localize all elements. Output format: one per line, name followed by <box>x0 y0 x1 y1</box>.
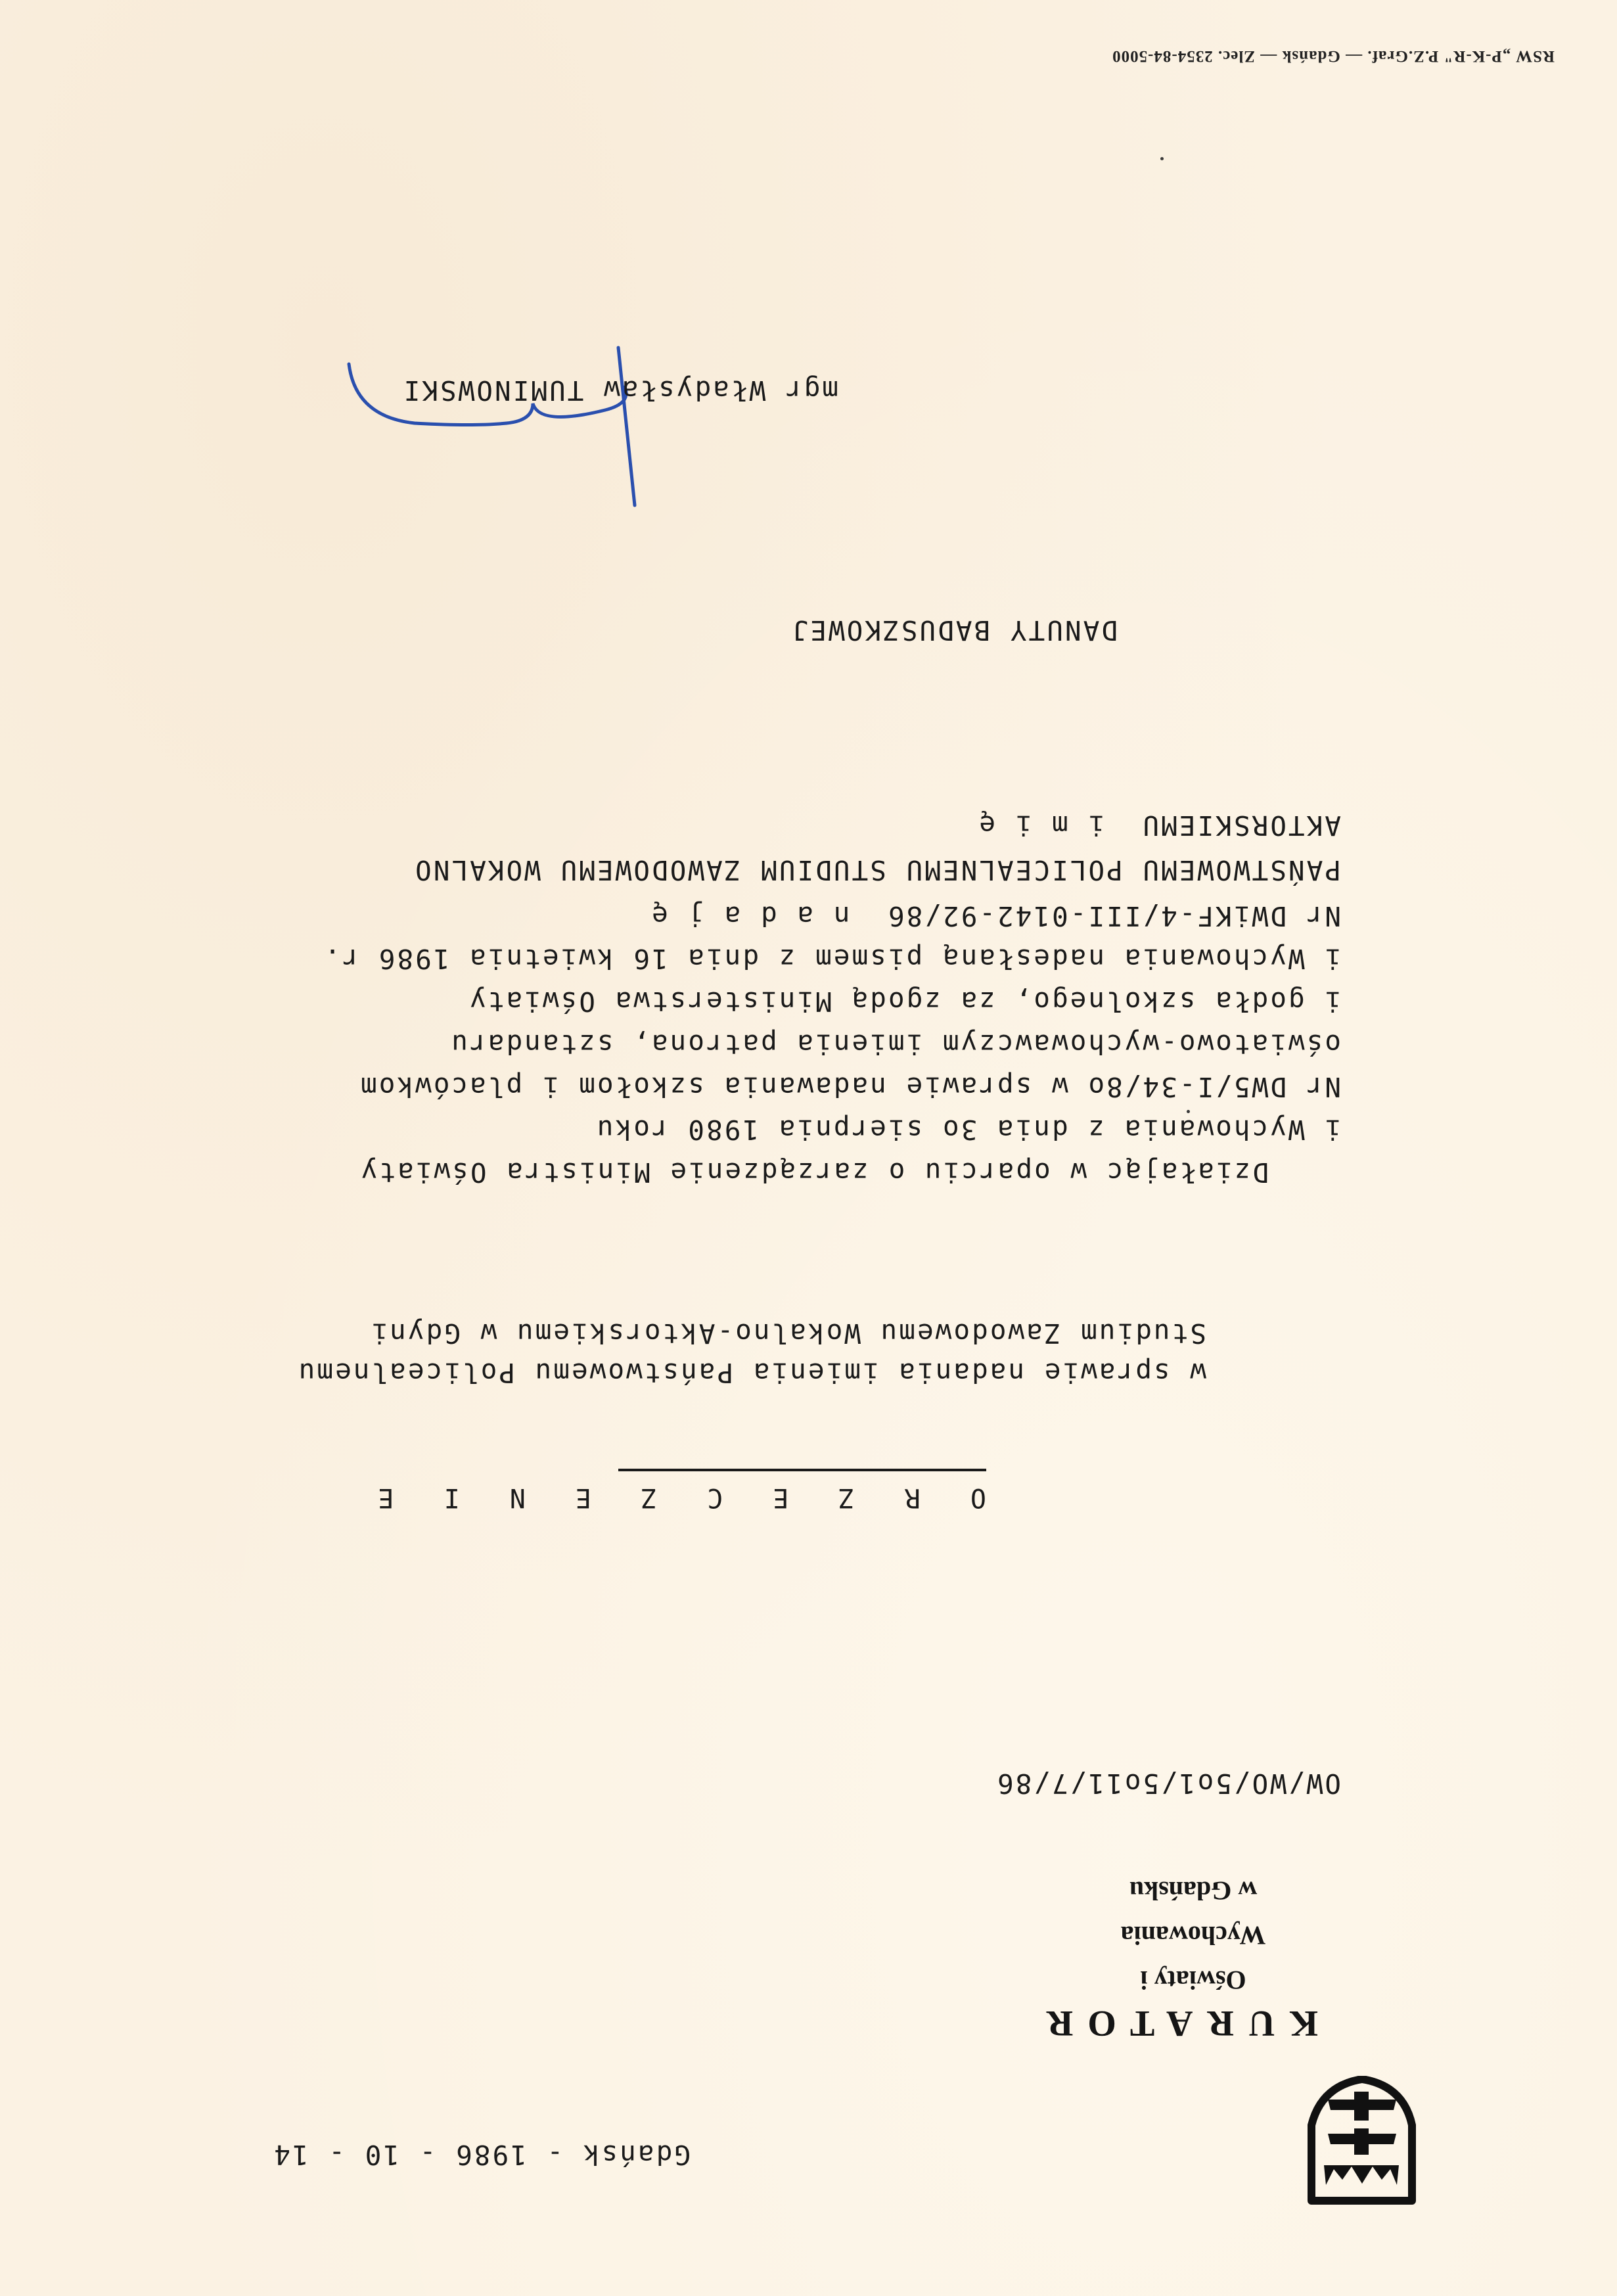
letterhead-line-2: w Gdańsku <box>1068 1868 1318 1913</box>
body-line: PAŃSTWOWEMU POLICEALNEMU STUDIUM ZAWODOW… <box>413 856 1341 883</box>
letterhead-line-1: Oświaty i Wychowania <box>1068 1913 1318 2002</box>
handwritten-signature-icon <box>342 338 842 509</box>
body-line: i Wychowania nadesłaną pismem z dnia 16 … <box>323 945 1341 972</box>
reference-number: OW/WO/5o1/5o11/7/86 <box>995 1770 1341 1797</box>
signatory-name: mgr Władysław TUMINOWSKI <box>402 377 838 403</box>
body-line: Nr DW5/I-34/8o w sprawie nadawania szkoł… <box>359 1073 1341 1100</box>
document-page: KURATOR Oświaty i Wychowania w Gdańsku G… <box>0 0 1617 2296</box>
paper-speck <box>1160 157 1164 160</box>
place-date: Gdańsk - 1986 - 10 - 14 <box>272 2141 691 2168</box>
subject-line: Studium Zawodowemu Wokalno-Aktorskiemu w… <box>370 1320 1206 1346</box>
document-title: O R Z E C Z E N I E <box>361 1484 986 1511</box>
title-underline <box>618 1469 986 1471</box>
printer-imprint: RSW „P-K-R" P.Z.Graf. — Gdańsk — Zlec. 2… <box>1112 47 1555 65</box>
subject-line: w sprawie nadania imienia Państwowemu Po… <box>297 1359 1206 1386</box>
body-line: oświatowo-wychowawczym imienia patrona, … <box>449 1030 1341 1057</box>
patron-name: DANUTY BADUSZKOWEJ <box>790 616 1118 643</box>
body-line: Działając w oparciu o zarządzenie Minist… <box>359 1159 1269 1185</box>
paper-speck <box>1187 1110 1190 1113</box>
body-line: i godła szkolnego, za zgodą Ministerstwa… <box>468 988 1341 1015</box>
gdansk-emblem-icon <box>1295 2076 1420 2207</box>
body-line: AKTORSKIEMU i m i ę <box>977 812 1341 838</box>
letterhead: KURATOR Oświaty i Wychowania w Gdańsku <box>1068 1868 1318 2043</box>
body-line: Nr DWiKF-4/III-0142-92/86 n a d a j ę <box>650 902 1341 929</box>
letterhead-title: KURATOR <box>1068 2002 1318 2043</box>
body-line: i Wychowania z dnia 3o sierpnia 1980 rok… <box>595 1116 1341 1143</box>
